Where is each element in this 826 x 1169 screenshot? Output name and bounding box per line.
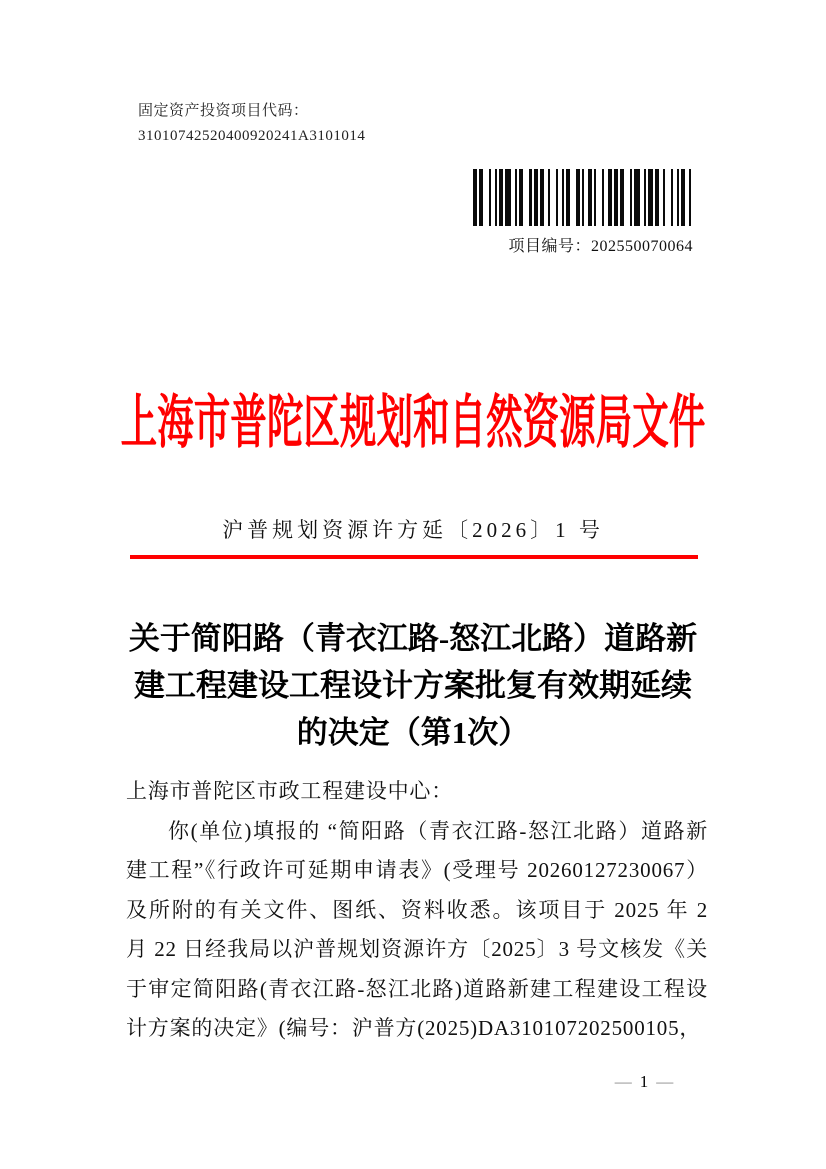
masthead: 上海市普陀区规划和自然资源局文件 — [0, 392, 826, 454]
page-number-dash-left: — — [609, 1072, 640, 1091]
project-number-caption: 项目编号：202550070064 — [373, 233, 693, 256]
masthead-divider-line — [130, 555, 698, 559]
investment-code-label: 固定资产投资项目代码： — [138, 99, 365, 124]
body-paragraph: 你(单位)填报的 “简阳路（青衣江路-怒江北路）道路新建工程”《行政许可延期申请… — [126, 812, 708, 1049]
document-title: 关于简阳路（青衣江路-怒江北路）道路新建工程建设工程设计方案批复有效期延续的决定… — [119, 615, 707, 756]
document-page: 固定资产投资项目代码： 31010742520400920241A3101014… — [0, 0, 826, 1169]
project-number-label: 项目编号： — [508, 238, 591, 255]
project-number-value: 202550070064 — [591, 238, 693, 255]
doc-number: 沪普规划资源许方延〔2026〕1 号 — [0, 514, 826, 544]
page-number-dash-right: — — [650, 1072, 681, 1091]
salutation: 上海市普陀区市政工程建设中心： — [126, 772, 708, 812]
page-number-value: 1 — [640, 1072, 651, 1091]
investment-code-value: 31010742520400920241A3101014 — [138, 124, 365, 149]
document-body: 上海市普陀区市政工程建设中心： 你(单位)填报的 “简阳路（青衣江路-怒江北路）… — [126, 772, 708, 1049]
barcode-bar — [689, 169, 691, 226]
page-number: —1— — [570, 1072, 720, 1092]
agency-title: 上海市普陀区规划和自然资源局文件 — [121, 394, 706, 452]
barcode — [473, 169, 691, 226]
investment-code-block: 固定资产投资项目代码： 31010742520400920241A3101014 — [138, 99, 365, 149]
